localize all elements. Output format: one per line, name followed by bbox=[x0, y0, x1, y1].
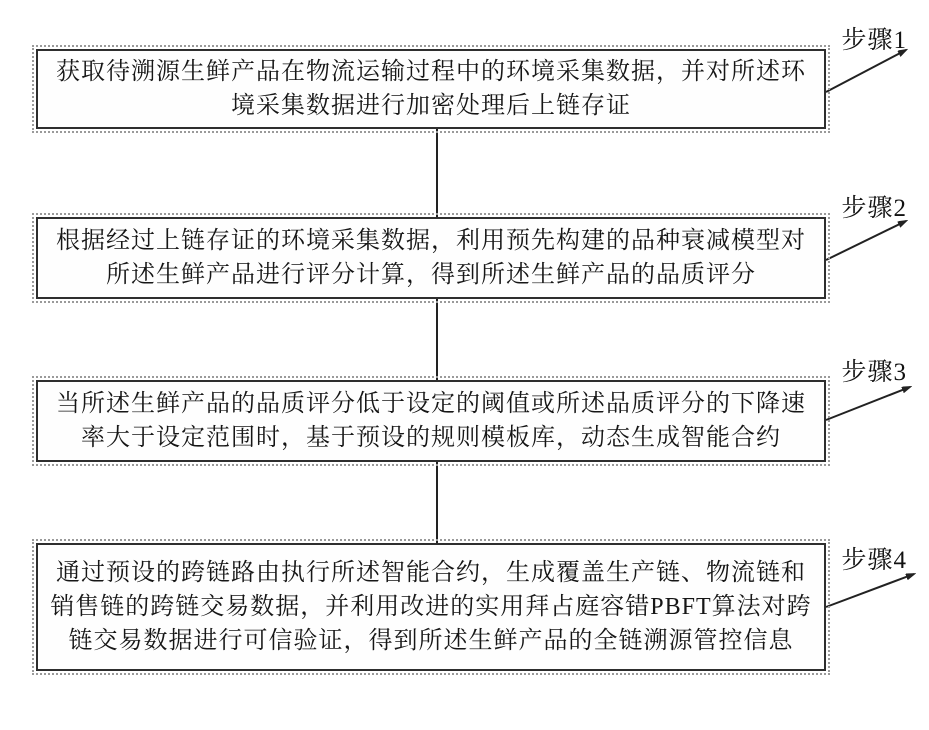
step3-text-line1: 当所述生鲜产品的品质评分低于设定的阈值或所述品质评分的下降速 bbox=[56, 387, 806, 421]
patent-flowchart: 获取待溯源生鲜产品在物流运输过程中的环境采集数据，并对所述环 境采集数据进行加密… bbox=[0, 0, 929, 730]
step3-pointer-line bbox=[826, 387, 910, 420]
step2-pointer-line bbox=[826, 221, 906, 260]
step4-box: 通过预设的跨链路由执行所述智能合约，生成覆盖生产链、物流链和 销售链的跨链交易数… bbox=[36, 543, 826, 671]
step4-text-line1: 通过预设的跨链路由执行所述智能合约，生成覆盖生产链、物流链和 bbox=[56, 556, 806, 590]
step2-box: 根据经过上链存证的环境采集数据，利用预先构建的品种衰减模型对 所述生鲜产品进行评… bbox=[36, 217, 826, 299]
step4-text-line3: 链交易数据进行可信验证，得到所述生鲜产品的全链溯源管控信息 bbox=[69, 624, 794, 658]
step2-label: 步骤2 bbox=[841, 196, 907, 222]
step1-text-line1: 获取待溯源生鲜产品在物流运输过程中的环境采集数据，并对所述环 bbox=[56, 55, 806, 89]
step3-label: 步骤3 bbox=[841, 360, 907, 386]
step1-pointer-line bbox=[826, 50, 906, 92]
step1-box: 获取待溯源生鲜产品在物流运输过程中的环境采集数据，并对所述环 境采集数据进行加密… bbox=[36, 49, 826, 129]
step1-label: 步骤1 bbox=[841, 28, 907, 54]
step2-text-line2: 所述生鲜产品进行评分计算，得到所述生鲜产品的品质评分 bbox=[106, 258, 756, 292]
step4-text-line2: 销售链的跨链交易数据，并利用改进的实用拜占庭容错PBFT算法对跨 bbox=[50, 590, 811, 624]
step3-box: 当所述生鲜产品的品质评分低于设定的阈值或所述品质评分的下降速 率大于设定范围时，… bbox=[36, 380, 826, 462]
step4-label: 步骤4 bbox=[841, 548, 907, 574]
step3-text-line2: 率大于设定范围时，基于预设的规则模板库，动态生成智能合约 bbox=[81, 421, 781, 455]
step2-text-line1: 根据经过上链存证的环境采集数据，利用预先构建的品种衰减模型对 bbox=[56, 224, 806, 258]
step1-text-line2: 境采集数据进行加密处理后上链存证 bbox=[231, 89, 631, 123]
step4-pointer-line bbox=[826, 574, 914, 607]
